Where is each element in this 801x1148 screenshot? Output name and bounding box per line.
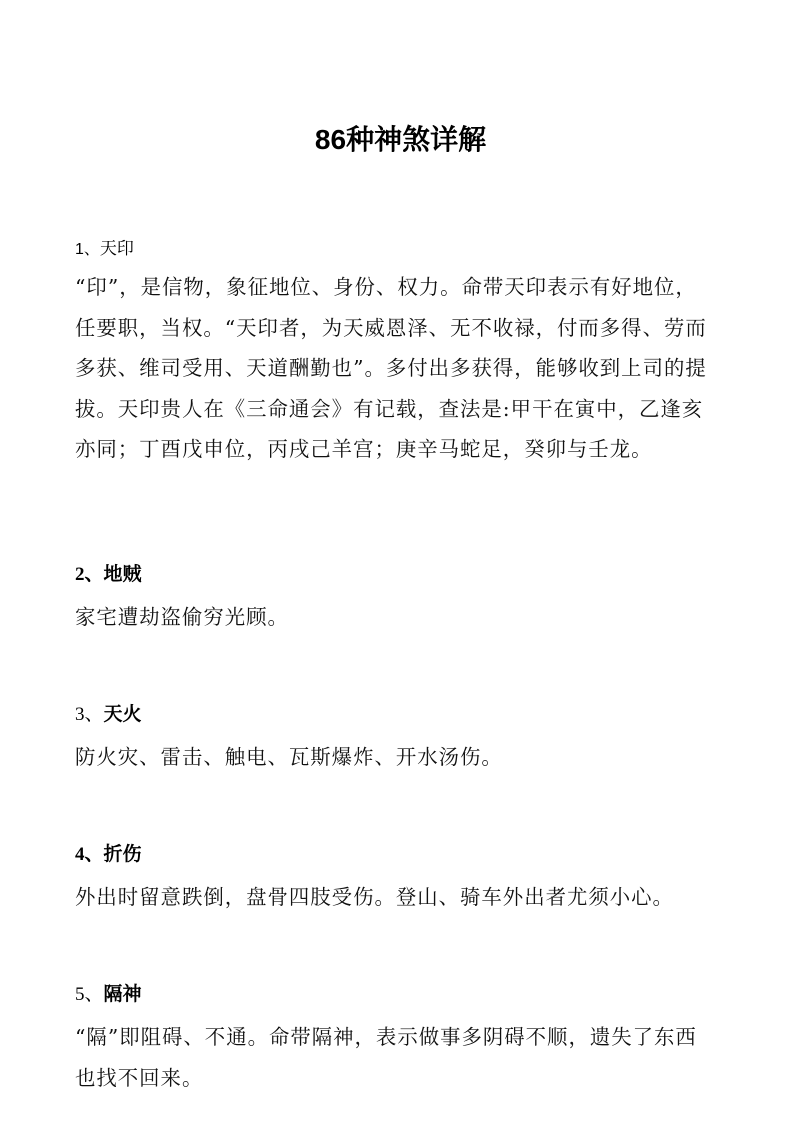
section-number: 5、	[75, 984, 104, 1005]
section-tianhuo: 3、天火 防火灾、雷击、触电、瓦斯爆炸、开水汤伤。	[75, 699, 705, 778]
body-line: 多获、维司受用、天道酬勤也”。多付出多获得，能够收到上司的提	[75, 348, 705, 389]
section-heading: 3、天火	[75, 699, 705, 729]
body-line: “隔”即阻碍、不通。命带隔神，表示做事多阴碍不顺，遗失了东西	[75, 1017, 705, 1058]
section-zheshang: 4、折伤 外出时留意跌倒，盘骨四肢受伤。登山、骑车外出者尤须小心。	[75, 839, 705, 918]
body-line: 也找不回来。	[75, 1058, 705, 1099]
section-name: 天火	[104, 703, 142, 725]
section-heading: 1、天印	[75, 233, 705, 263]
section-geshen: 5、隔神 “隔”即阻碍、不通。命带隔神，表示做事多阴碍不顺，遗失了东西 也找不回…	[75, 979, 705, 1098]
body-line: “印”，是信物，象征地位、身份、权力。命带天印表示有好地位，	[75, 267, 705, 308]
section-number: 4、	[75, 844, 104, 865]
section-name: 天印	[100, 239, 134, 259]
section-heading: 4、折伤	[75, 839, 705, 869]
section-name: 地贼	[104, 563, 142, 585]
section-name: 隔神	[104, 983, 142, 1005]
document-page: 86种神煞详解 1、天印 “印”，是信物，象征地位、身份、权力。命带天印表示有好…	[0, 0, 801, 1148]
body-line: 拔。天印贵人在《三命通会》有记载，查法是:甲干在寅中，乙逢亥	[75, 389, 705, 430]
section-number: 3、	[75, 704, 104, 725]
page-title: 86种神煞详解	[0, 118, 801, 162]
body-line: 防火灾、雷击、触电、瓦斯爆炸、开水汤伤。	[75, 737, 705, 778]
section-tianyin: 1、天印 “印”，是信物，象征地位、身份、权力。命带天印表示有好地位， 任要职，…	[75, 233, 705, 470]
section-number: 2、	[75, 564, 104, 585]
body-line: 任要职，当权。“天印者，为天威恩泽、无不收禄，付而多得、劳而	[75, 308, 705, 349]
section-name: 折伤	[104, 843, 142, 865]
body-line: 家宅遭劫盗偷穷光顾。	[75, 597, 705, 638]
section-dizei: 2、地贼 家宅遭劫盗偷穷光顾。	[75, 559, 705, 638]
section-number: 1、	[75, 241, 100, 258]
section-heading: 5、隔神	[75, 979, 705, 1009]
body-line: 亦同；丁酉戊申位，丙戌己羊宫；庚辛马蛇足，癸卯与壬龙。	[75, 429, 705, 470]
body-line: 外出时留意跌倒，盘骨四肢受伤。登山、骑车外出者尤须小心。	[75, 877, 705, 918]
section-heading: 2、地贼	[75, 559, 705, 589]
